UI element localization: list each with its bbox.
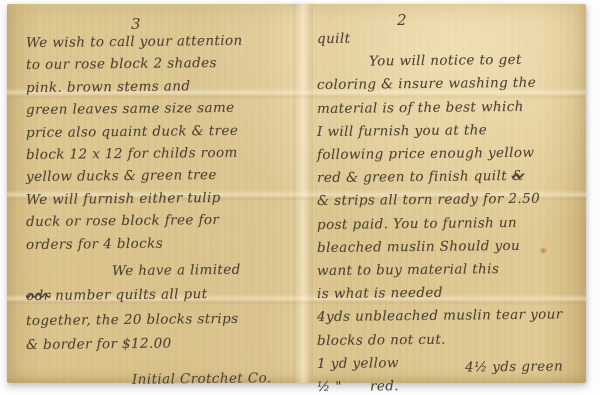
page-left: 3 We wish to call your attention to our … [26, 32, 294, 357]
handwritten-line: coloring & insure washing the [317, 72, 589, 98]
catchword-line: quilt [317, 25, 589, 51]
company-signature: Initial Crotchet Co. [132, 369, 272, 388]
handwritten-line: pink. brown stems and [26, 74, 294, 99]
materials-list-row: 1 yd yellow 4½ yds green [317, 350, 589, 376]
handwritten-line: material is of the best which [317, 95, 589, 121]
handwritten-line: together, the 20 blocks strips [26, 306, 294, 333]
handwritten-line: We will furnish either tulip [26, 186, 294, 211]
handwritten-line: duck or rose block free for [26, 208, 294, 233]
handwritten-line: to our rose block 2 shades [26, 52, 294, 77]
second-paragraph: We have a limited odr number quilts all … [26, 260, 294, 357]
handwritten-line: I will furnish you at the [317, 118, 589, 144]
handwritten-line: following price enough yellow [317, 141, 589, 167]
handwritten-line: You will notice to get [317, 48, 589, 74]
handwritten-line: orders for 4 blocks [26, 231, 294, 256]
letter-paper: 3 We wish to call your attention to our … [7, 4, 586, 383]
page-number-right: 2 [397, 12, 407, 28]
handwritten-line: We have a limited [26, 257, 294, 284]
materials-yellow: 1 yd yellow [317, 355, 399, 372]
line-text: number quilts all put [55, 286, 207, 304]
scanned-letter: 3 We wish to call your attention to our … [0, 0, 600, 395]
page-right: 2 quilt You will notice to get coloring … [317, 28, 589, 395]
handwritten-line: red & green to finish quilt & [317, 164, 589, 190]
handwritten-line: & strips all torn ready for 2.50 [317, 188, 589, 214]
crossed-out-word: odr [26, 288, 51, 304]
handwritten-line: odr number quilts all put [26, 282, 294, 309]
handwritten-line: bleached muslin Should you [317, 234, 589, 260]
handwritten-line: price also quaint duck & tree [26, 119, 294, 144]
crossed-out-ampersand: & [512, 168, 525, 184]
line-text: red & green to finish quilt [317, 168, 507, 186]
materials-red-row: ½ " red. [317, 373, 589, 395]
handwritten-line: yellow ducks & green tree [26, 164, 294, 189]
handwritten-line: want to buy material this [317, 257, 589, 283]
handwritten-line: post paid. You to furnish un [317, 211, 589, 237]
page-number-left: 3 [131, 16, 141, 32]
handwritten-line: blocks do not cut. [317, 327, 589, 353]
handwritten-line: 4yds unbleached muslin tear your [317, 304, 589, 330]
handwritten-line: is what is needed [317, 280, 589, 306]
handwritten-line: & border for $12.00 [26, 330, 294, 357]
handwritten-line: green leaves same size same [26, 96, 294, 121]
